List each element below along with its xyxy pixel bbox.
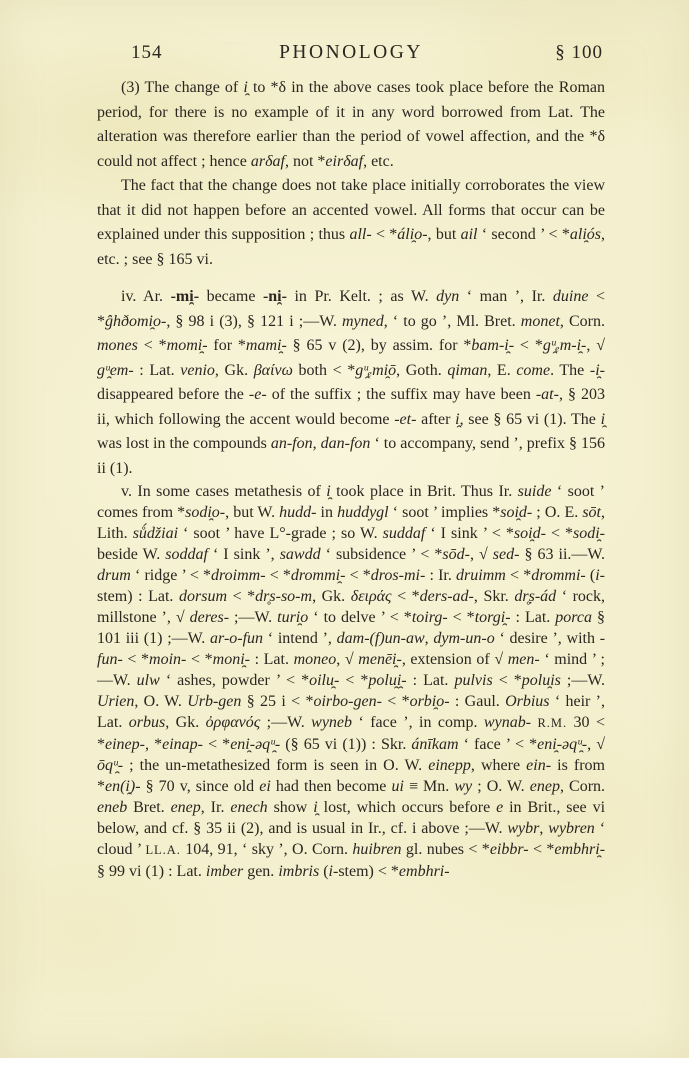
text-segment: , Ir. [201,799,231,816]
text-segment: . The [550,362,590,379]
text-segment: toirg- [412,609,448,626]
text-segment: duine [553,288,589,305]
text-segment: Urien [97,693,134,710]
text-segment: en(i̯)- [105,778,141,795]
text-segment: : Gaul. [450,693,506,710]
text-segment: enep [171,799,201,816]
text-segment: < * [546,525,573,542]
text-segment: ‘ ridge ’ < * [131,567,211,584]
text-segment: porca [555,609,592,626]
text-segment: orbi̯o- [410,693,450,710]
text-segment: suide [518,483,552,500]
paragraph-v-metathesis: v. In some cases metathesis of i̯ took p… [97,481,605,882]
book-page-scan: 154 PHONOLOGY § 100 (3) The change of i̯… [0,0,689,1058]
text-segment: took place in Brit. Thus Ir. [331,483,518,500]
text-segment: ≡ Mn. [404,778,454,795]
text-segment: bam-i̯- [471,337,514,354]
text-segment: , not * [285,153,325,170]
text-segment: dyn [436,288,459,305]
text-segment: , but W. [225,504,279,521]
text-segment: ;—W. [229,609,277,626]
text-segment: wyneb [311,714,352,731]
text-segment: lost, which occurs before [318,799,496,816]
text-segment: , [539,820,548,837]
text-segment: < * [138,337,167,354]
text-segment: < * [506,567,531,584]
text-segment: ‘ to delve ’ < * [308,609,412,626]
text-segment: ei [259,778,271,795]
text-segment: , Skr. [474,588,514,605]
text-segment: moni̯- [213,651,250,668]
text-segment: orbus [129,714,165,731]
text-segment: iv. Ar. [121,288,171,305]
text-segment: < * [392,588,420,605]
text-segment: -stem) < * [333,863,399,880]
text-segment: turi̯o [277,609,308,626]
text-segment: ĝhðomi̯o- [105,313,166,330]
text-segment: wy [454,778,472,795]
text-segment: gl. nubes < * [402,841,490,858]
text-segment: oilu̯- [309,672,339,689]
text-segment: LL.A. [145,843,180,857]
text-segment: eneb [97,799,127,816]
text-segment: δειράς [351,588,392,605]
text-segment: ar-o-fun [210,630,263,647]
text-segment: dym-un-o [433,630,494,647]
text-segment: ‘ face ’, in comp. [352,714,484,731]
text-segment: myned [342,313,384,330]
running-head-title: PHONOLOGY [97,42,605,64]
paragraph-3-delta-change: (3) The change of i̯ to *δ in the above … [97,76,605,174]
text-segment: ánīkam [411,736,458,753]
text-segment: dam-(f)un-aw [337,630,425,647]
text-segment: wynab- [484,714,531,731]
text-segment: < * [123,651,149,668]
text-segment: ; O. E. [532,504,582,521]
text-segment: druimm [456,567,506,584]
text-segment: became [199,288,263,305]
text-segment: , Gk. [165,714,205,731]
paragraph-iv-mi-became-ni: iv. Ar. -mi̯- became -ni̯- in Pr. Kelt. … [97,285,605,481]
text-segment: show [268,799,314,816]
text-segment: deres- [190,609,229,626]
text-segment: ‘ I sink ’, [208,546,280,563]
text-segment: , √ [587,736,605,753]
text-segment: qiman [447,362,487,379]
text-segment: ‘ intend ’, [263,630,337,647]
text-segment: wybr [507,820,539,837]
text-segment: -at- [536,386,559,403]
text-block: (3) The change of i̯ to *δ in the above … [97,76,605,882]
text-segment: ‘ desire ’, with [495,630,600,647]
text-segment: R.M. [537,716,567,730]
text-segment: , where [471,757,526,774]
section-number: § 100 [555,42,603,64]
text-segment: § 70 v, since old [141,778,260,795]
text-segment: ein- [526,757,551,774]
text-segment: : Lat. [511,609,556,626]
text-segment: i̯ [601,411,605,428]
text-segment: , Gk. [215,362,254,379]
text-segment: dorsum [179,588,227,605]
text-segment: both < * [293,362,355,379]
text-segment: : Lat. [134,362,181,379]
text-segment: polu̯is [522,672,561,689]
text-segment: venio [180,362,215,379]
text-segment: mones [97,337,138,354]
text-segment: -i̯- [590,362,605,379]
text-segment: eni̯-əqᵘ̯- [230,736,280,753]
text-segment: , but [428,226,461,243]
text-segment: Orbius [505,693,549,710]
text-segment: soddaf [165,546,208,563]
paragraph-accented-vowel-note: The fact that the change does not take p… [97,174,605,272]
text-segment: ‘ man ’, Ir. [459,288,553,305]
text-segment: ‘ second ’ < * [477,226,569,243]
text-segment: ail [461,226,478,243]
text-segment: droimm- [211,567,266,584]
text-segment: ὀρφανός [206,714,261,731]
text-segment: § 25 i < * [241,693,313,710]
text-segment: (3) The change of [121,79,243,96]
text-segment: in Pr. Kelt. ; as W. [287,288,436,305]
text-segment: gᵘ̯ₑm-i̯- [543,337,587,354]
text-segment: ( [586,567,596,584]
text-segment: , √ [336,651,358,668]
text-segment: , Corn. [560,313,605,330]
text-segment: suddaf [383,525,426,542]
text-segment: embhri̯- [554,841,605,858]
text-segment: ‘ face ’ < * [459,736,538,753]
text-segment: 104, 91, ‘ sky ’, O. Corn. [181,841,352,858]
text-segment: ui [391,778,403,795]
text-segment: < * [227,588,255,605]
text-segment: dr̥s-so-m [255,588,312,605]
text-segment: for * [208,337,246,354]
text-segment: § 65 v (2), by assim. for * [287,337,472,354]
text-segment: ( [319,863,328,880]
text-segment: einep- [105,736,145,753]
text-segment: pulvis [454,672,492,689]
text-segment: monet [521,313,560,330]
text-segment: βαίνω [254,362,293,379]
text-segment: mami̯- [246,337,287,354]
text-segment: oirbo-gen- [313,693,381,710]
text-segment: , Goth. [396,362,447,379]
text-segment: momi̯- [167,337,208,354]
text-segment: < * [266,567,291,584]
text-segment: áli̯o- [397,226,427,243]
text-segment: < * [203,736,230,753]
text-segment: wybren [548,820,595,837]
text-segment: ;—W. [260,714,311,731]
text-segment: Bret. [127,799,170,816]
page-header: 154 PHONOLOGY § 100 [97,42,605,68]
text-segment: embhri- [399,863,450,880]
text-segment: ‘ soot ’ implies * [389,504,501,521]
text-segment: -et- [394,411,416,428]
text-segment: dros-mi- [371,567,426,584]
text-segment: gᵘ̯ₑmi̯ō [355,362,396,379]
text-segment: had then become [271,778,392,795]
text-segment: -ni̯- [263,288,287,305]
text-segment: of the suffix ; the suffix may have been [267,386,536,403]
text-segment: einepp [428,757,471,774]
text-segment: in [316,504,337,521]
text-segment: sōd- [442,546,470,563]
text-segment: < * [372,226,398,243]
text-segment: men- [508,651,540,668]
text-segment: eni̯-əqᵘ̯- [537,736,587,753]
text-segment: § 99 vi (1) : Lat. [97,863,206,880]
text-segment: soi̯d- [514,525,546,542]
text-segment: ; the un-metathesized form is seen in O.… [123,757,428,774]
text-segment: (§ 65 vi (1)) : Skr. [280,736,411,753]
text-segment: , * [145,736,162,753]
text-segment: ōqᵘ̯- [97,757,123,774]
text-segment: ali̯ós [570,226,601,243]
text-segment: ‘ soot ’ have L°-grade ; so W. [178,525,383,542]
text-segment: drum [97,567,131,584]
text-segment: sodi̯- [573,525,605,542]
text-segment: moin- [149,651,186,668]
text-segment: eibbr- [490,841,529,858]
text-segment: menēi̯- [358,651,402,668]
text-segment: , E. [487,362,516,379]
text-segment: arδaf [251,153,285,170]
text-segment: , ‘ to go ’, Ml. Bret. [384,313,521,330]
text-segment: sawdd [280,546,321,563]
text-segment: enech [230,799,267,816]
text-segment: , √ [470,546,493,563]
text-segment: -e- [249,386,267,403]
text-segment: sed- [493,546,520,563]
text-segment: imber [206,863,243,880]
text-segment: after [416,411,455,428]
text-segment: all- [349,226,371,243]
text-segment: drommi- [531,567,586,584]
text-segment: ulw [137,672,160,689]
text-segment: , Gk. [312,588,351,605]
text-segment: come [516,362,550,379]
text-segment: dan-fon [321,435,371,452]
text-segment: beside W. [97,546,165,563]
text-segment: torgi̯- [475,609,511,626]
text-segment: < * [339,672,368,689]
text-segment: ders-ad- [420,588,474,605]
text-segment: sů́džiai [133,525,178,542]
text-segment: ‘ ashes, powder ’ < * [160,672,309,689]
text-segment: sodi̯o- [185,504,225,521]
text-segment: : Lat. [250,651,294,668]
text-segment: , extension of √ [402,651,508,668]
text-segment: < * [529,841,555,858]
text-segment: -mi̯- [171,288,199,305]
text-segment: gen. [243,863,278,880]
text-segment: < * [493,672,522,689]
text-segment: huddygl [337,504,389,521]
text-segment: , etc. [363,153,394,170]
text-segment: § 63 ii.—W. [519,546,605,563]
text-segment: < * [514,337,543,354]
text-segment: < * [345,567,370,584]
text-segment: was lost in the compounds [97,435,271,452]
text-segment: enep [530,778,560,795]
text-segment: , [313,435,321,452]
text-segment: ; O. W. [472,778,530,795]
text-segment: < * [382,693,410,710]
text-segment: imbris [278,863,319,880]
text-segment: moneo [294,651,337,668]
text-segment: ‘ I sink ’ < * [425,525,514,542]
text-segment: : Lat. [407,672,455,689]
text-segment: polu̯i̯- [368,672,406,689]
text-segment: hudd- [279,504,316,521]
text-segment: drommi̯- [291,567,346,584]
text-segment: huibren [352,841,401,858]
text-segment: < * [186,651,212,668]
text-segment: , Corn. [560,778,605,795]
text-segment: , see § 65 vi (1). The [460,411,601,428]
text-segment: ‘ subsidence ’ < * [321,546,443,563]
text-segment: sōt [582,504,601,521]
text-segment: < * [448,609,475,626]
text-segment: gᵘ̯em- [97,362,134,379]
text-segment: , √ [586,337,605,354]
text-segment: , § 98 i (3), § 121 i ;—W. [166,313,342,330]
text-segment: soi̯d- [500,504,532,521]
text-segment: disappeared before the [97,386,249,403]
text-segment: , O. W. [134,693,187,710]
text-segment: : Ir. [425,567,456,584]
text-segment: einap- [162,736,203,753]
text-segment: Urb-gen [187,693,241,710]
text-segment: dr̥ṣ-ád [514,588,556,605]
text-segment: ;—W. [561,672,605,689]
text-segment: an-fon [271,435,313,452]
text-segment: eirδaf [325,153,363,170]
text-segment: v. In some cases metathesis of [121,483,326,500]
